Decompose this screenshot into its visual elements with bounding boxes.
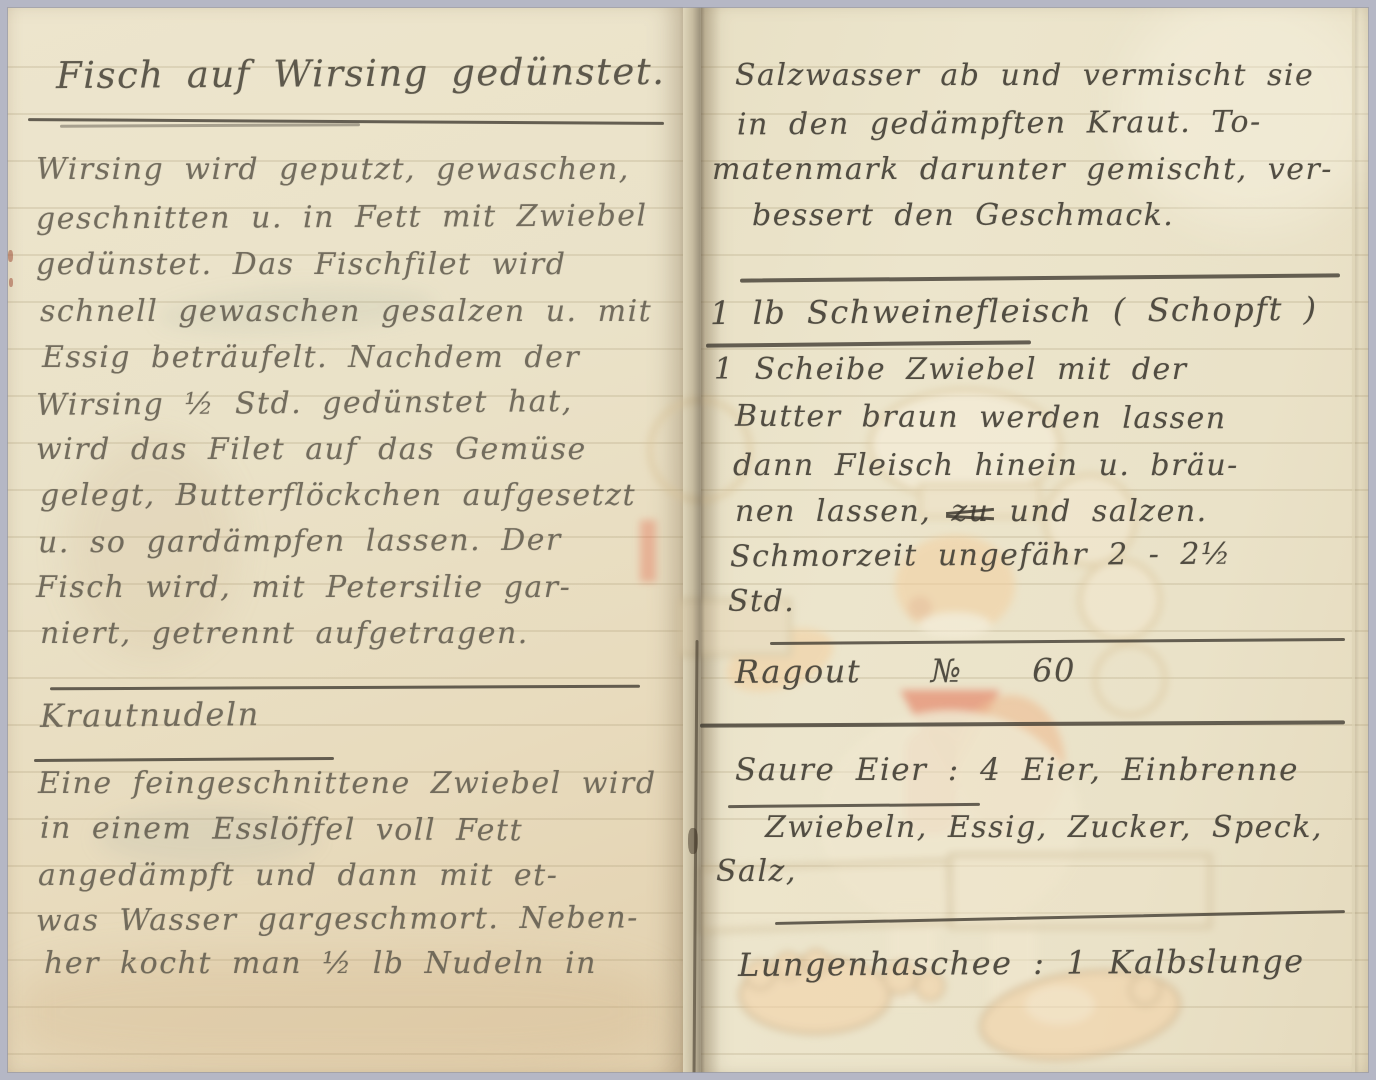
strikethrough-word: zu [951,494,989,529]
recipe-heading-ragout: Ragout № 60 [735,651,1076,691]
underlined-heading-part: Saure Eier [735,752,927,788]
handwritten-line: dann Fleisch hinein u. bräu- [733,448,1239,483]
handwritten-line: Fisch wird, mit Petersilie gar- [36,570,571,605]
handwritten-line: bessert den Geschmack. [752,198,1174,233]
underlying-page-edge [1352,7,1355,1073]
recipe-heading-lungenhaschee: Lungenhaschee : 1 Kalbslunge [738,942,1305,984]
handwritten-line-with-strikethrough: nen lassen, zu und salzen. [735,494,1208,529]
gutter-stitch-mark [688,828,698,854]
heading-rest: : 4 Eier, Einbrenne [927,752,1299,788]
handwritten-line: gedünstet. Das Fischfilet wird [36,247,566,282]
line-post: und salzen. [990,494,1208,529]
handwritten-line: Wirsing wird geputzt, gewaschen, [36,152,630,187]
handwritten-line: angedämpft und dann mit et- [38,858,558,893]
handwritten-line: 1 Scheibe Zwiebel mit der [714,352,1188,387]
line-pre: nen lassen, [735,494,951,529]
recipe-title-fisch-auf-wirsing: Fisch auf Wirsing gedünstet. [56,50,666,97]
notebook-spread-scan: Fisch auf Wirsing gedünstet. Wirsing wir… [0,0,1376,1080]
handwritten-line: niert, getrennt aufgetragen. [40,616,529,651]
recipe-heading-krautnudeln: Krautnudeln [40,695,260,735]
handwritten-line: Butter braun werden lassen [735,399,1227,437]
handwritten-line: her kocht man ½ lb Nudeln in [44,946,597,981]
page-edge-speck [9,278,13,287]
handwritten-line: Salz, [716,854,797,889]
recipe-heading-schweinefleisch: 1 lb Schweinefleisch ( Schopft ) [710,290,1318,332]
handwritten-line: in einem Esslöffel voll Fett [40,811,523,849]
handwritten-line: wird das Filet auf das Gemüse [36,432,587,467]
handwritten-line: Eine feingeschnittene Zwiebel wird [38,766,657,801]
handwritten-line: gelegt, Butterflöckchen aufgesetzt [40,478,636,513]
handwritten-line: Std. [728,584,795,619]
page-edge-speck [8,250,13,262]
handwritten-line: matenmark darunter gemischt, ver- [712,152,1333,187]
handwritten-line: u. so gardämpfen lassen. Der [38,523,562,561]
handwritten-line: was Wasser gargeschmort. Neben- [36,900,639,938]
handwritten-line: Zwiebeln, Essig, Zucker, Speck, [765,810,1323,845]
handwritten-line: Wirsing ½ Std. gedünstet hat, [36,384,573,423]
recipe-heading-saure-eier: Saure Eier : 4 Eier, Einbrenne [735,752,1299,788]
handwritten-line: Essig beträufelt. Nachdem der [42,340,580,375]
handwritten-line: in den gedämpften Kraut. To- [737,105,1262,143]
handwritten-line: Schmorzeit ungefähr 2 - 2½ [730,537,1232,575]
handwritten-line: Salzwasser ab und vermischt sie [735,58,1314,93]
handwritten-line: schnell gewaschen gesalzen u. mit [40,294,652,329]
handwritten-line: geschnitten u. in Fett mit Zwiebel [36,198,648,236]
